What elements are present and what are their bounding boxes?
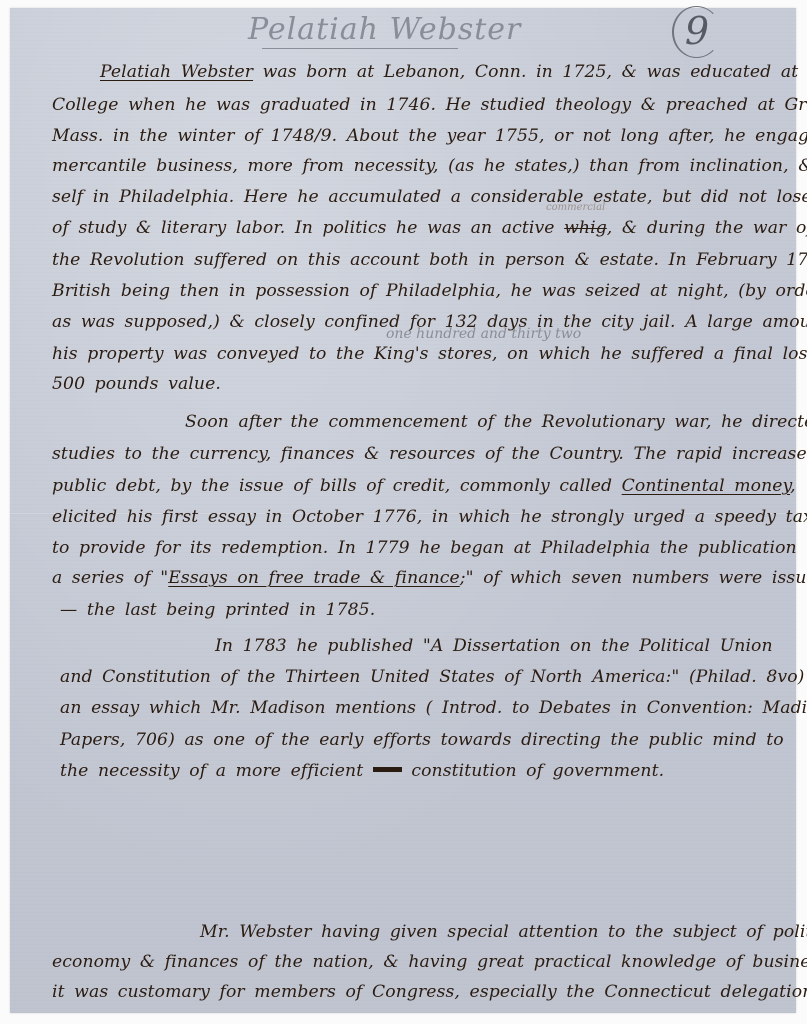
line-text: an essay which Mr. Madison mentions ( In… bbox=[60, 698, 807, 718]
manuscript-line: Soon after the commencement of the Revol… bbox=[185, 412, 807, 432]
manuscript-line: as was supposed,) & closely confined for… bbox=[52, 312, 807, 332]
line-text: ;" of which seven numbers were issued; bbox=[460, 568, 807, 588]
ink-blot-deletion bbox=[373, 767, 402, 772]
underlined-title: Pelatiah Webster bbox=[100, 62, 253, 82]
header-underline bbox=[262, 48, 458, 49]
line-text: and Constitution of the Thirteen United … bbox=[60, 667, 805, 687]
manuscript-line: a series of "Essays on free trade & fina… bbox=[52, 568, 807, 588]
manuscript-line: mercantile business, more from necessity… bbox=[52, 156, 807, 176]
line-text: studies to the currency, finances & reso… bbox=[52, 444, 807, 464]
manuscript-line: an essay which Mr. Madison mentions ( In… bbox=[60, 698, 807, 718]
manuscript-line: to provide for its redemption. In 1779 h… bbox=[52, 538, 807, 558]
manuscript-line: and Constitution of the Thirteen United … bbox=[60, 667, 805, 687]
manuscript-line: Mr. Webster having given special attenti… bbox=[200, 922, 807, 942]
line-text: was born at Lebanon, Conn. in 1725, & wa… bbox=[253, 62, 807, 82]
manuscript-line: his property was conveyed to the King's … bbox=[52, 344, 807, 364]
line-text: In 1783 he published "A Dissertation on … bbox=[215, 636, 773, 656]
line-text: College when he was graduated in 1746. H… bbox=[52, 95, 807, 115]
line-text: Soon after the commencement of the Revol… bbox=[185, 412, 807, 432]
manuscript-line: elicited his first essay in October 1776… bbox=[52, 507, 807, 527]
manuscript-line: — the last being printed in 1785. bbox=[60, 600, 375, 620]
circled-page-number: 9 bbox=[672, 6, 721, 58]
line-text: economy & finances of the nation, & havi… bbox=[52, 952, 807, 972]
underlined-title: Continental money bbox=[622, 476, 790, 496]
line-text: the Revolution suffered on this account … bbox=[52, 250, 807, 270]
manuscript-line: Mass. in the winter of 1748/9. About the… bbox=[52, 126, 807, 146]
manuscript-line: studies to the currency, finances & reso… bbox=[52, 444, 807, 464]
line-text: of study & literary labor. In politics h… bbox=[52, 218, 564, 238]
line-text: as was supposed,) & closely confined for… bbox=[52, 312, 807, 332]
manuscript-line: the necessity of a more efficient consti… bbox=[60, 761, 664, 781]
manuscript-line: In 1783 he published "A Dissertation on … bbox=[215, 636, 773, 656]
line-text: British being then in possession of Phil… bbox=[52, 281, 807, 301]
manuscript-line: it was customary for members of Congress… bbox=[52, 982, 807, 1002]
line-text: to provide for its redemption. In 1779 h… bbox=[52, 538, 807, 558]
underlined-title: Essays on free trade & finance bbox=[168, 568, 460, 588]
struck-word: whig bbox=[564, 218, 607, 238]
line-text: it was customary for members of Congress… bbox=[52, 982, 807, 1002]
line-text: 500 pounds value. bbox=[52, 374, 221, 394]
line-text: his property was conveyed to the King's … bbox=[52, 344, 807, 364]
line-text: , bbox=[790, 476, 796, 496]
manuscript-line: 500 pounds value. bbox=[52, 374, 221, 394]
manuscript-line: British being then in possession of Phil… bbox=[52, 281, 807, 301]
manuscript-line: Pelatiah Webster was born at Lebanon, Co… bbox=[100, 62, 807, 82]
line-text: elicited his first essay in October 1776… bbox=[52, 507, 807, 527]
line-text: self in Philadelphia. Here he accumulate… bbox=[52, 187, 807, 207]
line-text: the necessity of a more efficient bbox=[60, 761, 373, 781]
line-text: mercantile business, more from necessity… bbox=[52, 156, 807, 176]
manuscript-line: the Revolution suffered on this account … bbox=[52, 250, 807, 270]
line-text: Papers, 706) as one of the early efforts… bbox=[60, 730, 784, 750]
line-text: Mass. in the winter of 1748/9. About the… bbox=[52, 126, 807, 146]
manuscript-line: College when he was graduated in 1746. H… bbox=[52, 95, 807, 115]
pencil-header-title: Pelatiah Webster bbox=[248, 12, 521, 47]
line-text: constitution of government. bbox=[402, 761, 664, 781]
line-text: a series of " bbox=[52, 568, 168, 588]
line-text: public debt, by the issue of bills of cr… bbox=[52, 476, 622, 496]
manuscript-line: of study & literary labor. In politics h… bbox=[52, 218, 807, 238]
line-text: — the last being printed in 1785. bbox=[60, 600, 375, 620]
manuscript-line: economy & finances of the nation, & havi… bbox=[52, 952, 807, 972]
manuscript-line: public debt, by the issue of bills of cr… bbox=[52, 476, 796, 496]
manuscript-line: self in Philadelphia. Here he accumulate… bbox=[52, 187, 807, 207]
line-text: , & during the war of bbox=[607, 218, 807, 238]
manuscript-line: Papers, 706) as one of the early efforts… bbox=[60, 730, 784, 750]
line-text: Mr. Webster having given special attenti… bbox=[200, 922, 807, 942]
